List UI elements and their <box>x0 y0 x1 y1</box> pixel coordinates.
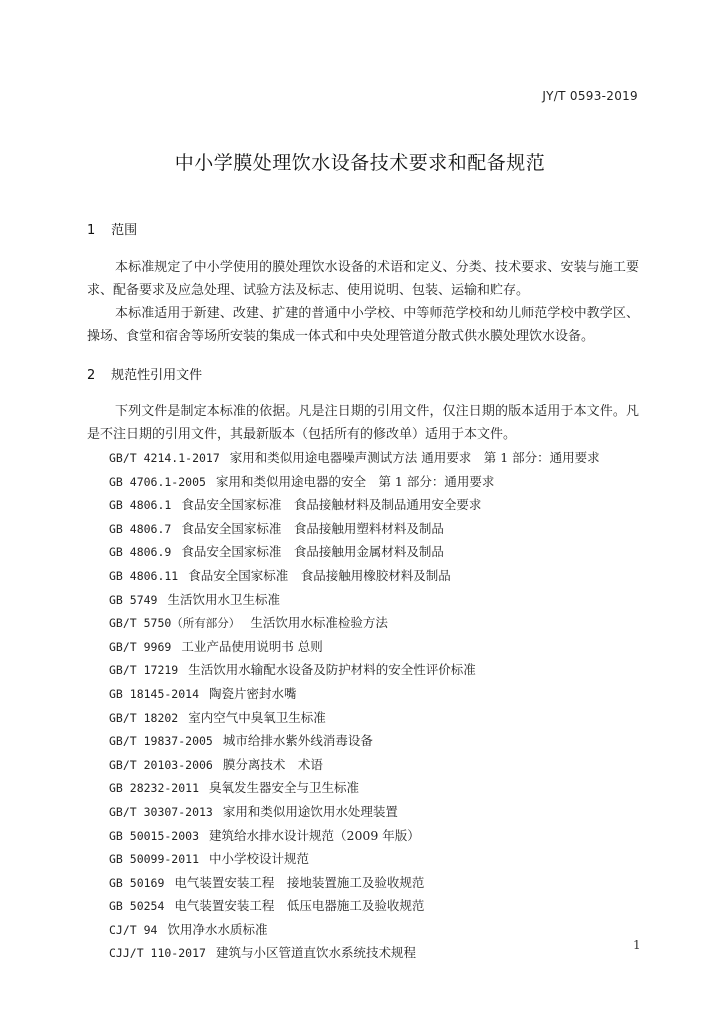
reference-item: GB/T 30307-2013家用和类似用途饮用水处理装置 <box>109 800 600 824</box>
reference-title: 生活饮用水卫生标准 <box>167 592 280 607</box>
reference-item: GB/T 4214.1-2017家用和类似用途电器噪声测试方法 通用要求 第 1… <box>109 446 600 470</box>
reference-code: GB/T 18202 <box>109 711 178 725</box>
reference-code: GB/T 5750（所有部分） <box>109 616 240 630</box>
reference-item: GB 4806.1食品安全国家标准 食品接触材料及制品通用安全要求 <box>109 493 600 517</box>
reference-item: GB 50254电气装置安装工程 低压电器施工及验收规范 <box>109 894 600 918</box>
reference-title: 陶瓷片密封水嘴 <box>209 686 297 701</box>
reference-item: GB 4806.11食品安全国家标准 食品接触用橡胶材料及制品 <box>109 564 600 588</box>
references-intro-paragraph: 下列文件是制定本标准的依据。凡是注日期的引用文件，仅注日期的版本适用于本文件。凡… <box>87 400 639 446</box>
section-heading-scope: 1 范围 <box>87 219 137 238</box>
section-number: 1 <box>87 223 107 238</box>
reference-item: GB/T 9969工业产品使用说明书 总则 <box>109 635 600 659</box>
reference-item: GB 50015-2003建筑给水排水设计规范（2009 年版） <box>109 824 600 848</box>
document-page: JY/T 0593-2019 中小学膜处理饮水设备技术要求和配备规范 1 范围 … <box>0 0 720 1018</box>
reference-code: CJ/T 94 <box>109 923 157 937</box>
reference-title: 饮用净水水质标准 <box>167 922 267 937</box>
reference-title: 食品安全国家标准 食品接触用橡胶材料及制品 <box>188 568 451 583</box>
reference-item: GB 50099-2011中小学校设计规范 <box>109 847 600 871</box>
reference-code: GB 50099-2011 <box>109 852 199 866</box>
reference-code: GB 4806.11 <box>109 569 178 583</box>
reference-item: GB/T 18202室内空气中臭氧卫生标准 <box>109 706 600 730</box>
reference-code: GB 4706.1-2005 <box>109 475 206 489</box>
reference-code: GB 50015-2003 <box>109 829 199 843</box>
reference-code: GB/T 17219 <box>109 663 178 677</box>
standard-code: JY/T 0593-2019 <box>542 89 638 103</box>
reference-item: GB/T 20103-2006膜分离技术 术语 <box>109 753 600 777</box>
reference-title: 城市给排水紫外线消毒设备 <box>223 733 373 748</box>
reference-code: GB 18145-2014 <box>109 687 199 701</box>
section-heading-normative-references: 2 规范性引用文件 <box>87 364 202 383</box>
reference-title: 食品安全国家标准 食品接触用金属材料及制品 <box>181 544 444 559</box>
reference-title: 中小学校设计规范 <box>209 851 309 866</box>
reference-code: GB/T 19837-2005 <box>109 734 213 748</box>
reference-code: CJJ/T 110-2017 <box>109 946 206 960</box>
reference-title: 膜分离技术 术语 <box>223 757 323 772</box>
reference-item: GB 50169电气装置安装工程 接地装置施工及验收规范 <box>109 871 600 895</box>
reference-item: GB 5749生活饮用水卫生标准 <box>109 588 600 612</box>
reference-title: 建筑与小区管道直饮水系统技术规程 <box>216 945 416 960</box>
reference-title: 家用和类似用途电器的安全 第 1 部分：通用要求 <box>216 474 494 489</box>
reference-title: 生活饮用水输配水设备及防护材料的安全性评价标准 <box>188 662 476 677</box>
reference-code: GB 28232-2011 <box>109 781 199 795</box>
reference-code: GB 50169 <box>109 876 164 890</box>
reference-code: GB/T 4214.1-2017 <box>109 451 220 465</box>
reference-item: GB 4806.9食品安全国家标准 食品接触用金属材料及制品 <box>109 540 600 564</box>
section-title: 规范性引用文件 <box>111 368 202 383</box>
scope-paragraph-2: 本标准适用于新建、改建、扩建的普通中小学校、中等师范学校和幼儿师范学校中教学区、… <box>87 302 639 348</box>
reference-item: GB/T 17219生活饮用水输配水设备及防护材料的安全性评价标准 <box>109 658 600 682</box>
document-title: 中小学膜处理饮水设备技术要求和配备规范 <box>0 148 720 175</box>
reference-item: GB/T 19837-2005城市给排水紫外线消毒设备 <box>109 729 600 753</box>
reference-title: 家用和类似用途电器噪声测试方法 通用要求 第 1 部分：通用要求 <box>230 450 600 465</box>
reference-item: GB 18145-2014陶瓷片密封水嘴 <box>109 682 600 706</box>
reference-title: 电气装置安装工程 低压电器施工及验收规范 <box>174 898 424 913</box>
reference-title: 电气装置安装工程 接地装置施工及验收规范 <box>174 875 424 890</box>
reference-code: GB/T 30307-2013 <box>109 805 213 819</box>
reference-title: 家用和类似用途饮用水处理装置 <box>223 804 398 819</box>
reference-code: GB 4806.7 <box>109 522 171 536</box>
reference-code: GB 4806.9 <box>109 545 171 559</box>
page-number: 1 <box>633 938 641 952</box>
section-number: 2 <box>87 368 107 383</box>
references-list: GB/T 4214.1-2017家用和类似用途电器噪声测试方法 通用要求 第 1… <box>109 446 600 965</box>
reference-title: 食品安全国家标准 食品接触材料及制品通用安全要求 <box>181 497 481 512</box>
reference-title: 室内空气中臭氧卫生标准 <box>188 710 326 725</box>
reference-code: GB 50254 <box>109 899 164 913</box>
reference-code: GB 4806.1 <box>109 498 171 512</box>
reference-item: CJ/T 94饮用净水水质标准 <box>109 918 600 942</box>
reference-title: 工业产品使用说明书 总则 <box>181 639 322 654</box>
reference-code: GB/T 20103-2006 <box>109 758 213 772</box>
scope-paragraph-1: 本标准规定了中小学使用的膜处理饮水设备的术语和定义、分类、技术要求、安装与施工要… <box>87 256 639 302</box>
reference-title: 生活饮用水标准检验方法 <box>250 615 388 630</box>
reference-code: GB/T 9969 <box>109 640 171 654</box>
reference-title: 建筑给水排水设计规范（2009 年版） <box>209 828 420 843</box>
reference-item: GB 28232-2011臭氧发生器安全与卫生标准 <box>109 776 600 800</box>
reference-item: GB 4806.7食品安全国家标准 食品接触用塑料材料及制品 <box>109 517 600 541</box>
section-title: 范围 <box>111 223 137 238</box>
reference-title: 臭氧发生器安全与卫生标准 <box>209 780 359 795</box>
reference-code: GB 5749 <box>109 593 157 607</box>
reference-title: 食品安全国家标准 食品接触用塑料材料及制品 <box>181 521 444 536</box>
reference-item: CJJ/T 110-2017建筑与小区管道直饮水系统技术规程 <box>109 941 600 965</box>
reference-item: GB/T 5750（所有部分）生活饮用水标准检验方法 <box>109 611 600 635</box>
reference-item: GB 4706.1-2005家用和类似用途电器的安全 第 1 部分：通用要求 <box>109 470 600 494</box>
